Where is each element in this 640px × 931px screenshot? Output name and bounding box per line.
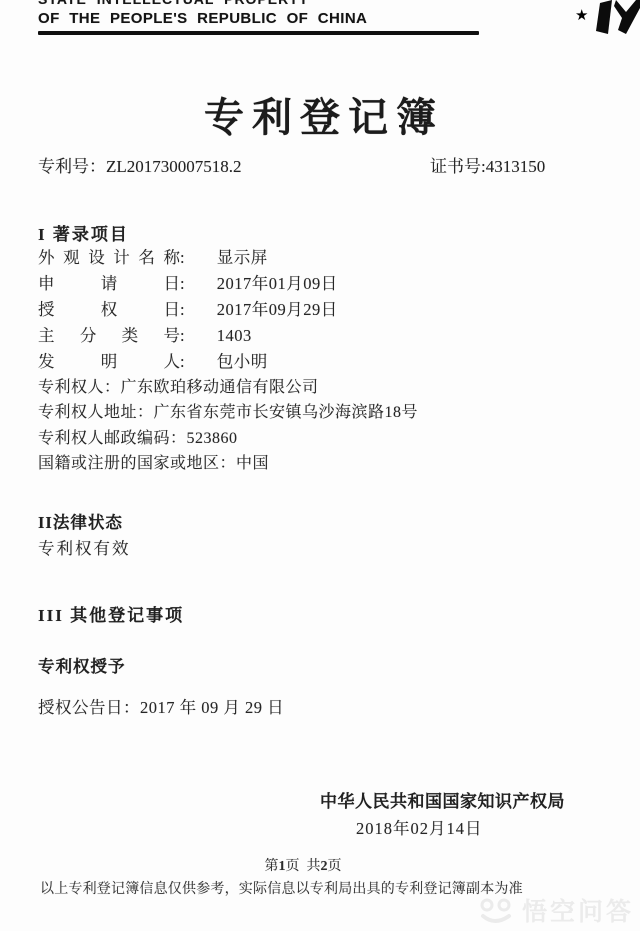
bibliographic-fields: 外观设计名称: 显示屏 申请日: 2017年01月09日 授权日: 2017年0… [38,245,338,375]
section-3-heading: III 其他登记事项 [38,601,184,626]
certificate-number-label: 证书号: [430,157,486,176]
watermark: 悟空问答 [480,892,634,928]
disclaimer-text: 以上专利登记簿信息仅供参考，实际信息以专利局出具的专利登记簿副本为准 [40,878,523,898]
header-divider-rule [38,31,479,35]
field-label: 发明人 [38,349,180,375]
field-design-name: 外观设计名称: 显示屏 [38,245,338,271]
current-page-number: 1 [279,859,286,874]
holder-country-line: 国籍或注册的国家或地区：中国 [38,451,418,476]
field-label: 授权日 [38,297,180,323]
certificate-number-value: 4313150 [486,157,546,176]
page-indicator: 第1页 共2页 [0,855,606,875]
field-label: 外观设计名称 [38,245,180,271]
field-value: 1403 [217,323,252,349]
field-grant-date: 授权日: 2017年09月29日 [38,297,338,323]
field-inventor: 发明人: 包小明 [38,349,338,375]
wukong-monkey-icon [480,896,516,924]
field-value: 包小明 [217,349,268,375]
patent-number-label: 专利号： [38,157,106,176]
star-icon: ★ [575,6,588,24]
field-value: 显示屏 [217,245,268,271]
document-title: 专利登记簿 [0,86,640,143]
patent-number-value: ZL201730007518.2 [106,157,242,176]
agency-name-line1-clipped: STATE INTELLECTUAL PROPERTY OFFICE [38,0,318,8]
patent-holder-block: 专利权人：广东欧珀移动通信有限公司 专利权人地址：广东省东莞市长安镇乌沙海滨路1… [38,375,418,477]
legal-status-text: 专利权有效 [38,535,131,559]
field-label: 主分类号 [38,323,180,349]
holder-name-line: 专利权人：广东欧珀移动通信有限公司 [38,375,418,400]
field-application-date: 申请日: 2017年01月09日 [38,271,338,297]
grant-announcement-date: 授权公告日：2017 年 09 月 29 日 [38,694,284,718]
issue-date: 2018年02月14日 [356,815,483,839]
section-2-heading: II法律状态 [38,509,123,533]
total-page-number: 2 [321,859,328,874]
section-1-heading: I 著录项目 [38,220,129,245]
field-main-class: 主分类号: 1403 [38,323,338,349]
holder-postcode-line: 专利权人邮政编码：523860 [38,426,418,451]
field-value: 2017年09月29日 [217,297,338,323]
field-label: 申请日 [38,271,180,297]
patent-number: 专利号：ZL201730007518.2 [38,152,242,177]
issuing-authority: 中华人民共和国国家知识产权局 [320,787,565,812]
agency-name-line1: STATE INTELLECTUAL PROPERTY OFFICE [38,0,318,7]
certificate-number: 证书号:4313150 [430,152,545,177]
agency-name-line2: OF THE PEOPLE'S REPUBLIC OF CHINA [38,10,367,27]
field-value: 2017年01月09日 [217,271,338,297]
grant-subheading: 专利权授予 [38,653,126,677]
emblem-logo-icon [592,0,640,38]
patent-register-document: STATE INTELLECTUAL PROPERTY OFFICE OF TH… [0,0,640,931]
watermark-text: 悟空问答 [522,892,634,928]
holder-address-line: 专利权人地址：广东省东莞市长安镇乌沙海滨路18号 [38,400,418,425]
